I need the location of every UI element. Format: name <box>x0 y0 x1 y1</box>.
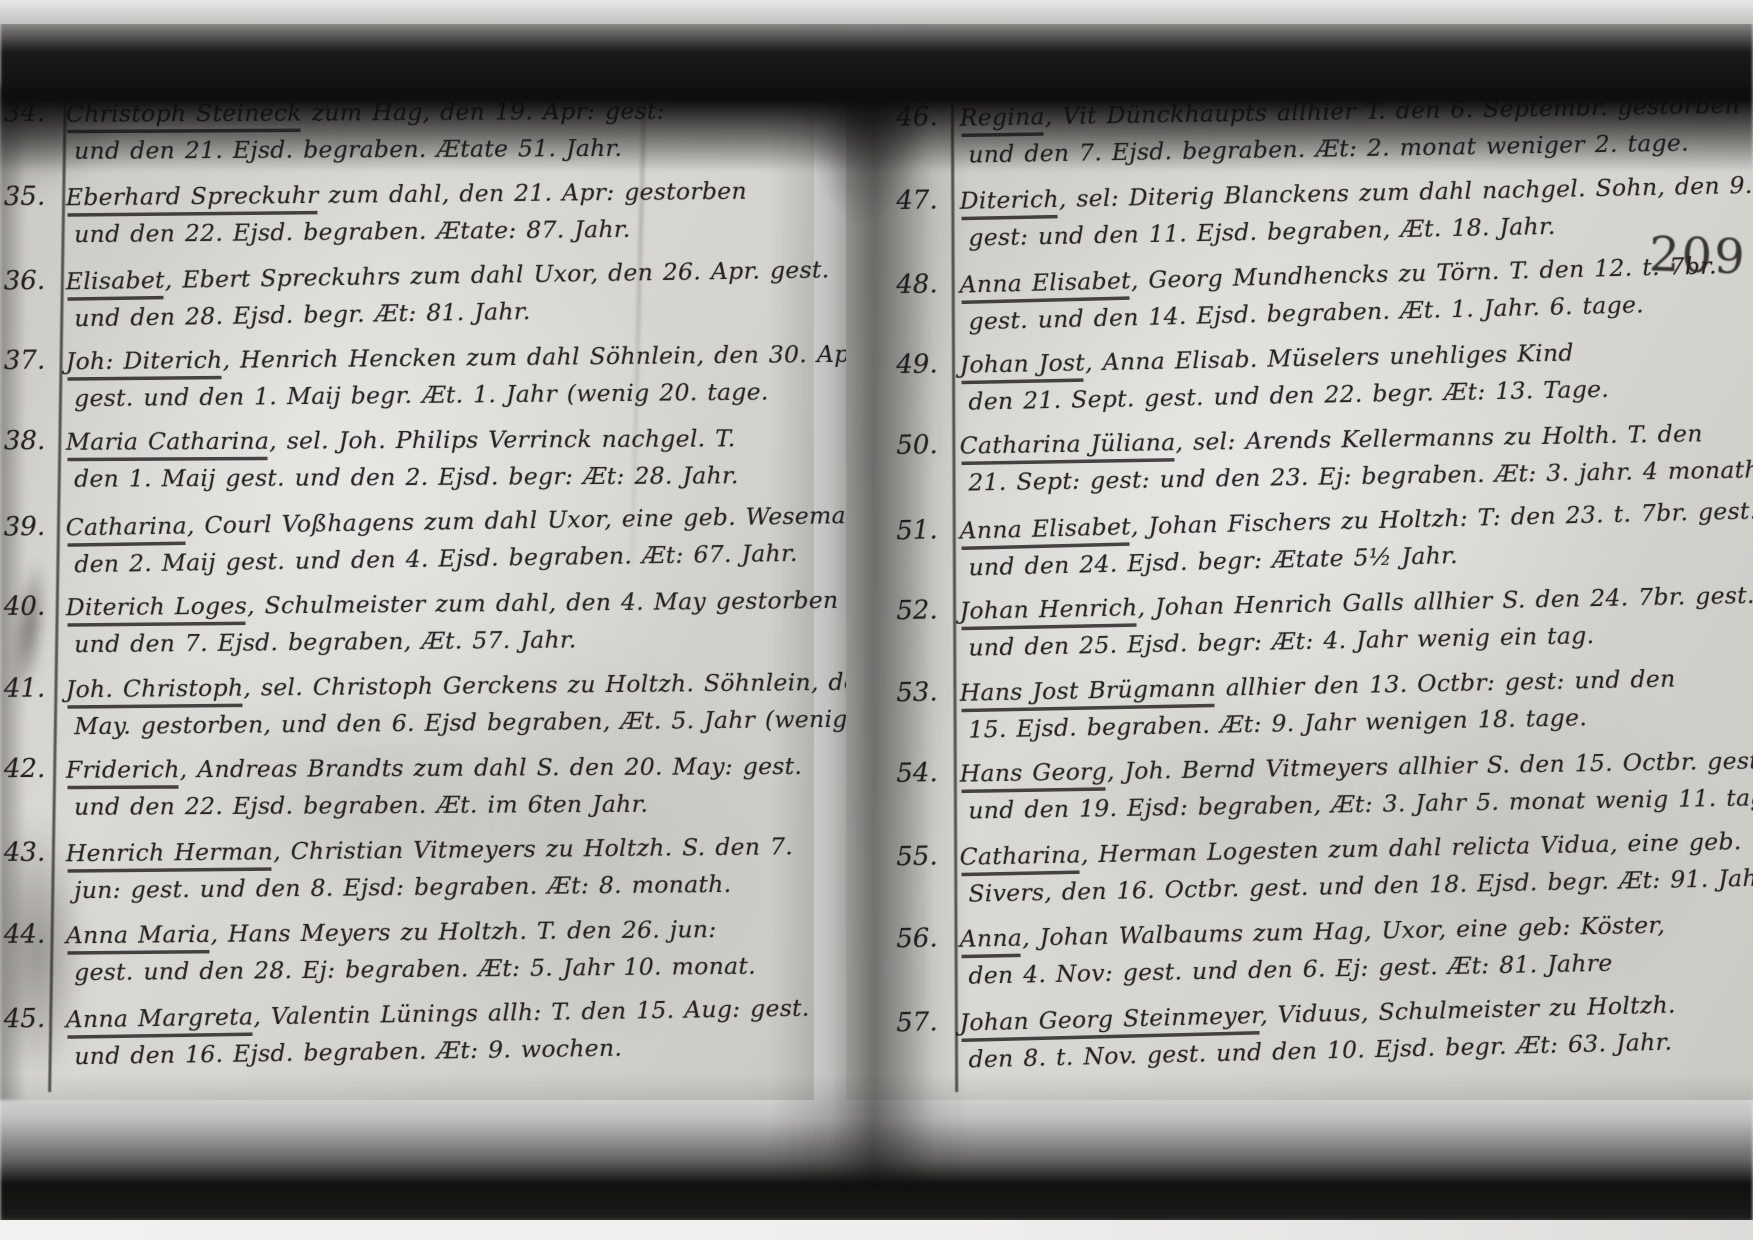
entry-line-1-rest: , Schulmeister zum dahl, den 4. May gest… <box>247 586 839 620</box>
entry-number: 50. <box>845 428 950 464</box>
register-entry: 50. Catharina Jüliana, sel: Arends Kelle… <box>845 414 1753 503</box>
entry-list-left: 34. Christoph Steineck zum Hag, den 19. … <box>0 94 814 1070</box>
entry-line-1: Friderich, Andreas Brandts zum dahl S. d… <box>66 748 802 789</box>
entry-text: Joh: Diterich, Henrich Hencken zum dahl … <box>56 336 867 418</box>
entry-line-1-rest: , sel: Arends Kellermanns zu Holth. T. d… <box>1175 419 1703 456</box>
register-entry: 53. Hans Jost Brügmann allhier den 13. O… <box>845 659 1753 751</box>
entry-line-2: und den 22. Ejsd. begraben. Æt. im 6ten … <box>66 785 802 826</box>
entry-number: 40. <box>0 589 56 624</box>
register-entry: 38. Maria Catharina, sel. Joh. Philips V… <box>0 420 814 498</box>
entry-line-2: den 1. Maij gest. und den 2. Ejsd. begr:… <box>66 457 739 498</box>
register-page-right: 209 46. Regina, Vit Dünckhaupts allhier … <box>846 86 1753 1100</box>
entry-number: 37. <box>0 343 56 378</box>
entry-text: Joh. Christoph, sel. Christoph Gerckens … <box>56 663 960 746</box>
entry-list-right: 46. Regina, Vit Dünckhaupts allhier T. d… <box>846 94 1753 1070</box>
entry-text: Anna Margreta, Valentin Lünings allh: T.… <box>55 990 810 1076</box>
entry-name-underlined: Hans Jost Brügmann <box>959 674 1216 709</box>
entry-number: 51. <box>845 513 950 550</box>
entry-name-underlined: Joh: Diterich <box>66 346 223 378</box>
page-number: 209 <box>1648 226 1748 285</box>
entry-name-underlined: Catharina <box>66 511 188 543</box>
entry-number: 41. <box>0 671 56 706</box>
entry-number: 52. <box>845 593 950 629</box>
entry-text: Catharina, Herman Logesten zum dahl reli… <box>949 822 1753 913</box>
register-entry: 49. Johan Jost, Anna Elisab. Müselers un… <box>845 331 1753 423</box>
register-entry: 34. Christoph Steineck zum Hag, den 19. … <box>0 92 814 170</box>
register-entry: 41. Joh. Christoph, sel. Christoph Gerck… <box>0 664 814 746</box>
entry-line-1-rest: zum Hag, den 19. Apr: gest: <box>302 97 665 127</box>
entry-number: 44. <box>0 917 56 952</box>
entry-number: 47. <box>845 183 950 219</box>
entry-line-1: Eberhard Spreckuhr zum dahl, den 21. Apr… <box>66 173 747 217</box>
entry-line-1-rest: , Courl Voßhagens zum dahl Uxor, eine ge… <box>187 500 885 539</box>
entry-text: Johan Georg Steinmeyer, Viduus, Schulmei… <box>949 986 1677 1078</box>
entry-name-underlined: Anna Elisabet <box>959 266 1131 300</box>
entry-name-underlined: Anna <box>959 924 1022 955</box>
register-entry: 55. Catharina, Herman Logesten zum dahl … <box>845 823 1753 915</box>
register-entry: 51. Anna Elisabet, Johan Fischers zu Hol… <box>845 493 1753 590</box>
entry-line-1-rest: , Joh. Bernd Vitmeyers allhier S. den 15… <box>1107 746 1753 785</box>
entry-name-underlined: Maria Catharina <box>66 427 269 458</box>
entry-number: 45. <box>0 1002 56 1037</box>
entry-name-underlined: Diterich <box>959 185 1059 217</box>
register-entry: 36. Elisabet, Ebert Spreckuhrs zum dahl … <box>0 252 815 339</box>
entry-number: 54. <box>845 756 950 792</box>
entry-name-underlined: Regina <box>959 102 1045 133</box>
entry-text: Johan Henrich, Johan Henrich Galls allhi… <box>949 577 1753 667</box>
scanner-strip-top <box>0 0 1753 24</box>
entry-text: Catharina Jüliana, sel: Arends Kellerman… <box>949 414 1753 502</box>
entry-text: Catharina, Courl Voßhagens zum dahl Uxor… <box>55 496 885 583</box>
entry-text: Hans Jost Brügmann allhier den 13. Octbr… <box>949 660 1676 749</box>
entry-line-1-rest: , Vit Dünckhaupts allhier T. den 6. Sept… <box>1045 91 1741 131</box>
register-entry: 57. Johan Georg Steinmeyer, Viduus, Schu… <box>845 985 1753 1082</box>
entry-name-underlined: Anna Margreta <box>66 1002 254 1035</box>
entry-name-underlined: Catharina <box>959 840 1081 872</box>
entry-text: Anna Elisabet, Georg Mundhencks zu Törn.… <box>949 247 1718 340</box>
entry-line-2: und den 7. Ejsd. begraben, Æt. 57. Jahr. <box>66 619 839 663</box>
entry-line-1-rest: , Anna Elisab. Müselers unehliges Kind <box>1085 338 1574 376</box>
entry-name-underlined: Johan Georg Steinmeyer <box>959 1001 1260 1039</box>
entry-number: 55. <box>845 839 950 875</box>
entry-text: Maria Catharina, sel. Joh. Philips Verri… <box>56 420 739 498</box>
entry-number: 57. <box>845 1005 950 1042</box>
entry-line-2: May. gestorben, und den 6. Ejsd begraben… <box>66 700 959 746</box>
entry-name-underlined: Johan Jost <box>959 348 1085 381</box>
register-entry: 40. Diterich Loges, Schulmeister zum dah… <box>0 582 814 664</box>
register-entry: 43. Henrich Herman, Christian Vitmeyers … <box>0 828 814 910</box>
entry-number: 38. <box>0 424 56 458</box>
entry-number: 56. <box>845 921 950 957</box>
entry-name-underlined: Henrich Herman <box>66 837 274 869</box>
entry-text: Diterich Loges, Schulmeister zum dahl, d… <box>56 582 839 664</box>
entry-name-underlined: Diterich Loges <box>66 592 247 624</box>
entry-text: Anna, Johan Walbaums zum Hag, Uxor, eine… <box>949 907 1666 995</box>
entry-number: 42. <box>0 752 56 786</box>
register-entry: 45. Anna Margreta, Valentin Lünings allh… <box>0 990 815 1077</box>
entry-text: Anna Maria, Hans Meyers zu Holtzh. T. de… <box>56 911 756 992</box>
entry-text: Hans Georg, Joh. Bernd Vitmeyers allhier… <box>949 742 1753 830</box>
entry-name-underlined: Friderich <box>66 755 180 786</box>
entry-text: Diterich, sel: Diterig Blanckens zum dah… <box>949 165 1753 257</box>
entry-text: Regina, Vit Dünckhaupts allhier T. den 6… <box>949 87 1741 174</box>
register-entry: 37. Joh: Diterich, Henrich Hencken zum d… <box>0 336 814 418</box>
entry-text: Johan Jost, Anna Elisab. Müselers unehli… <box>949 334 1609 421</box>
entry-text: Eberhard Spreckuhr zum dahl, den 21. Apr… <box>56 173 748 254</box>
register-entry: 52. Johan Henrich, Johan Henrich Galls a… <box>845 577 1753 669</box>
entry-text: Henrich Herman, Christian Vitmeyers zu H… <box>56 828 794 909</box>
entry-text: Anna Elisabet, Johan Fischers zu Holtzh:… <box>949 492 1753 586</box>
register-entry: 35. Eberhard Spreckuhr zum dahl, den 21.… <box>0 172 814 254</box>
register-entry: 48. Anna Elisabet, Georg Mundhencks zu T… <box>845 247 1753 344</box>
scanner-strip-bottom <box>0 1220 1753 1240</box>
entry-text: Friderich, Andreas Brandts zum dahl S. d… <box>56 748 803 826</box>
register-entry: 46. Regina, Vit Dünckhaupts allhier T. d… <box>845 86 1753 175</box>
entry-line-1-rest: , Johan Henrich Galls allhier S. den 24.… <box>1137 581 1753 621</box>
entry-line-1-rest: zum dahl, den 21. Apr: gestorben <box>319 177 747 209</box>
entry-number: 48. <box>845 267 950 304</box>
entry-line-2: und den 22. Ejsd. begraben. Ætate: 87. J… <box>66 210 747 254</box>
entry-line-2: und den 21. Ejsd. begraben. Ætate 51. Ja… <box>66 130 665 170</box>
entry-number: 49. <box>845 347 950 383</box>
entry-name-underlined: Elisabet <box>66 266 166 298</box>
register-entry: 54. Hans Georg, Joh. Bernd Vitmeyers all… <box>845 742 1753 831</box>
entry-line-2: gest. und den 28. Ej: begraben. Æt: 5. J… <box>66 948 756 992</box>
entry-line-1-rest: allhier den 13. Octbr: gest: und den <box>1216 664 1676 701</box>
entry-line-2: jun: gest. und den 8. Ejsd: begraben. Æt… <box>66 865 794 909</box>
entry-name-underlined: Eberhard Spreckuhr <box>66 181 319 213</box>
register-entry: 39. Catharina, Courl Voßhagens zum dahl … <box>0 498 815 585</box>
register-entry: 56. Anna, Johan Walbaums zum Hag, Uxor, … <box>845 905 1753 997</box>
entry-name-underlined: Joh. Christoph <box>66 674 244 706</box>
entry-line-1: Christoph Steineck zum Hag, den 19. Apr:… <box>66 93 665 133</box>
entry-name-underlined: Anna Maria <box>66 920 211 951</box>
entry-line-1-rest: , sel. Christoph Gerckens zu Holtzh. Söh… <box>243 667 906 701</box>
entry-name-underlined: Johan Henrich <box>959 593 1137 627</box>
entry-name-underlined: Hans Georg <box>959 757 1107 789</box>
entry-line-1-rest: , Andreas Brandts zum dahl S. den 20. Ma… <box>180 752 803 783</box>
entry-line-1: Diterich Loges, Schulmeister zum dahl, d… <box>66 582 839 626</box>
scanned-register-spread: 34. Christoph Steineck zum Hag, den 19. … <box>0 0 1753 1240</box>
entry-number: 46. <box>845 100 950 136</box>
entry-line-1-rest: , Ebert Spreckuhrs zum dahl Uxor, den 26… <box>165 255 830 293</box>
entry-name-underlined: Christoph Steineck <box>66 99 302 130</box>
entry-text: Christoph Steineck zum Hag, den 19. Apr:… <box>56 93 665 170</box>
entry-number: 34. <box>0 96 56 130</box>
entry-number: 35. <box>0 179 56 214</box>
entry-line-1-rest: , Valentin Lünings allh: T. den 15. Aug:… <box>253 994 810 1031</box>
entry-line-1: Maria Catharina, sel. Joh. Philips Verri… <box>66 420 739 461</box>
register-entry: 47. Diterich, sel: Diterig Blanckens zum… <box>845 167 1753 259</box>
entry-line-1-rest: , Henrich Hencken zum dahl Söhnlein, den… <box>222 340 866 374</box>
entry-number: 36. <box>0 264 56 299</box>
entry-text: Elisabet, Ebert Spreckuhrs zum dahl Uxor… <box>55 251 830 337</box>
entry-line-1-rest: , sel. Joh. Philips Verrinck nachgel. T. <box>269 424 735 454</box>
entry-name-underlined: Catharina Jüliana <box>959 428 1175 462</box>
entry-line-1-rest: , Viduus, Schulmeister zu Holtzh. <box>1260 990 1676 1029</box>
entry-number: 39. <box>0 510 56 545</box>
entry-line-1-rest: , Hans Meyers zu Holtzh. T. den 26. jun: <box>210 915 716 948</box>
register-entry: 44. Anna Maria, Hans Meyers zu Holtzh. T… <box>0 910 814 992</box>
entry-number: 43. <box>0 835 56 870</box>
entry-name-underlined: Anna Elisabet <box>959 512 1131 546</box>
entry-line-1-rest: , Christian Vitmeyers zu Holtzh. S. den … <box>273 832 793 865</box>
entry-number: 53. <box>845 675 950 711</box>
entry-line-2: gest. und den 1. Maij begr. Æt. 1. Jahr … <box>66 373 867 418</box>
register-entry: 42. Friderich, Andreas Brandts zum dahl … <box>0 748 814 826</box>
register-page-left: 34. Christoph Steineck zum Hag, den 19. … <box>0 86 814 1100</box>
